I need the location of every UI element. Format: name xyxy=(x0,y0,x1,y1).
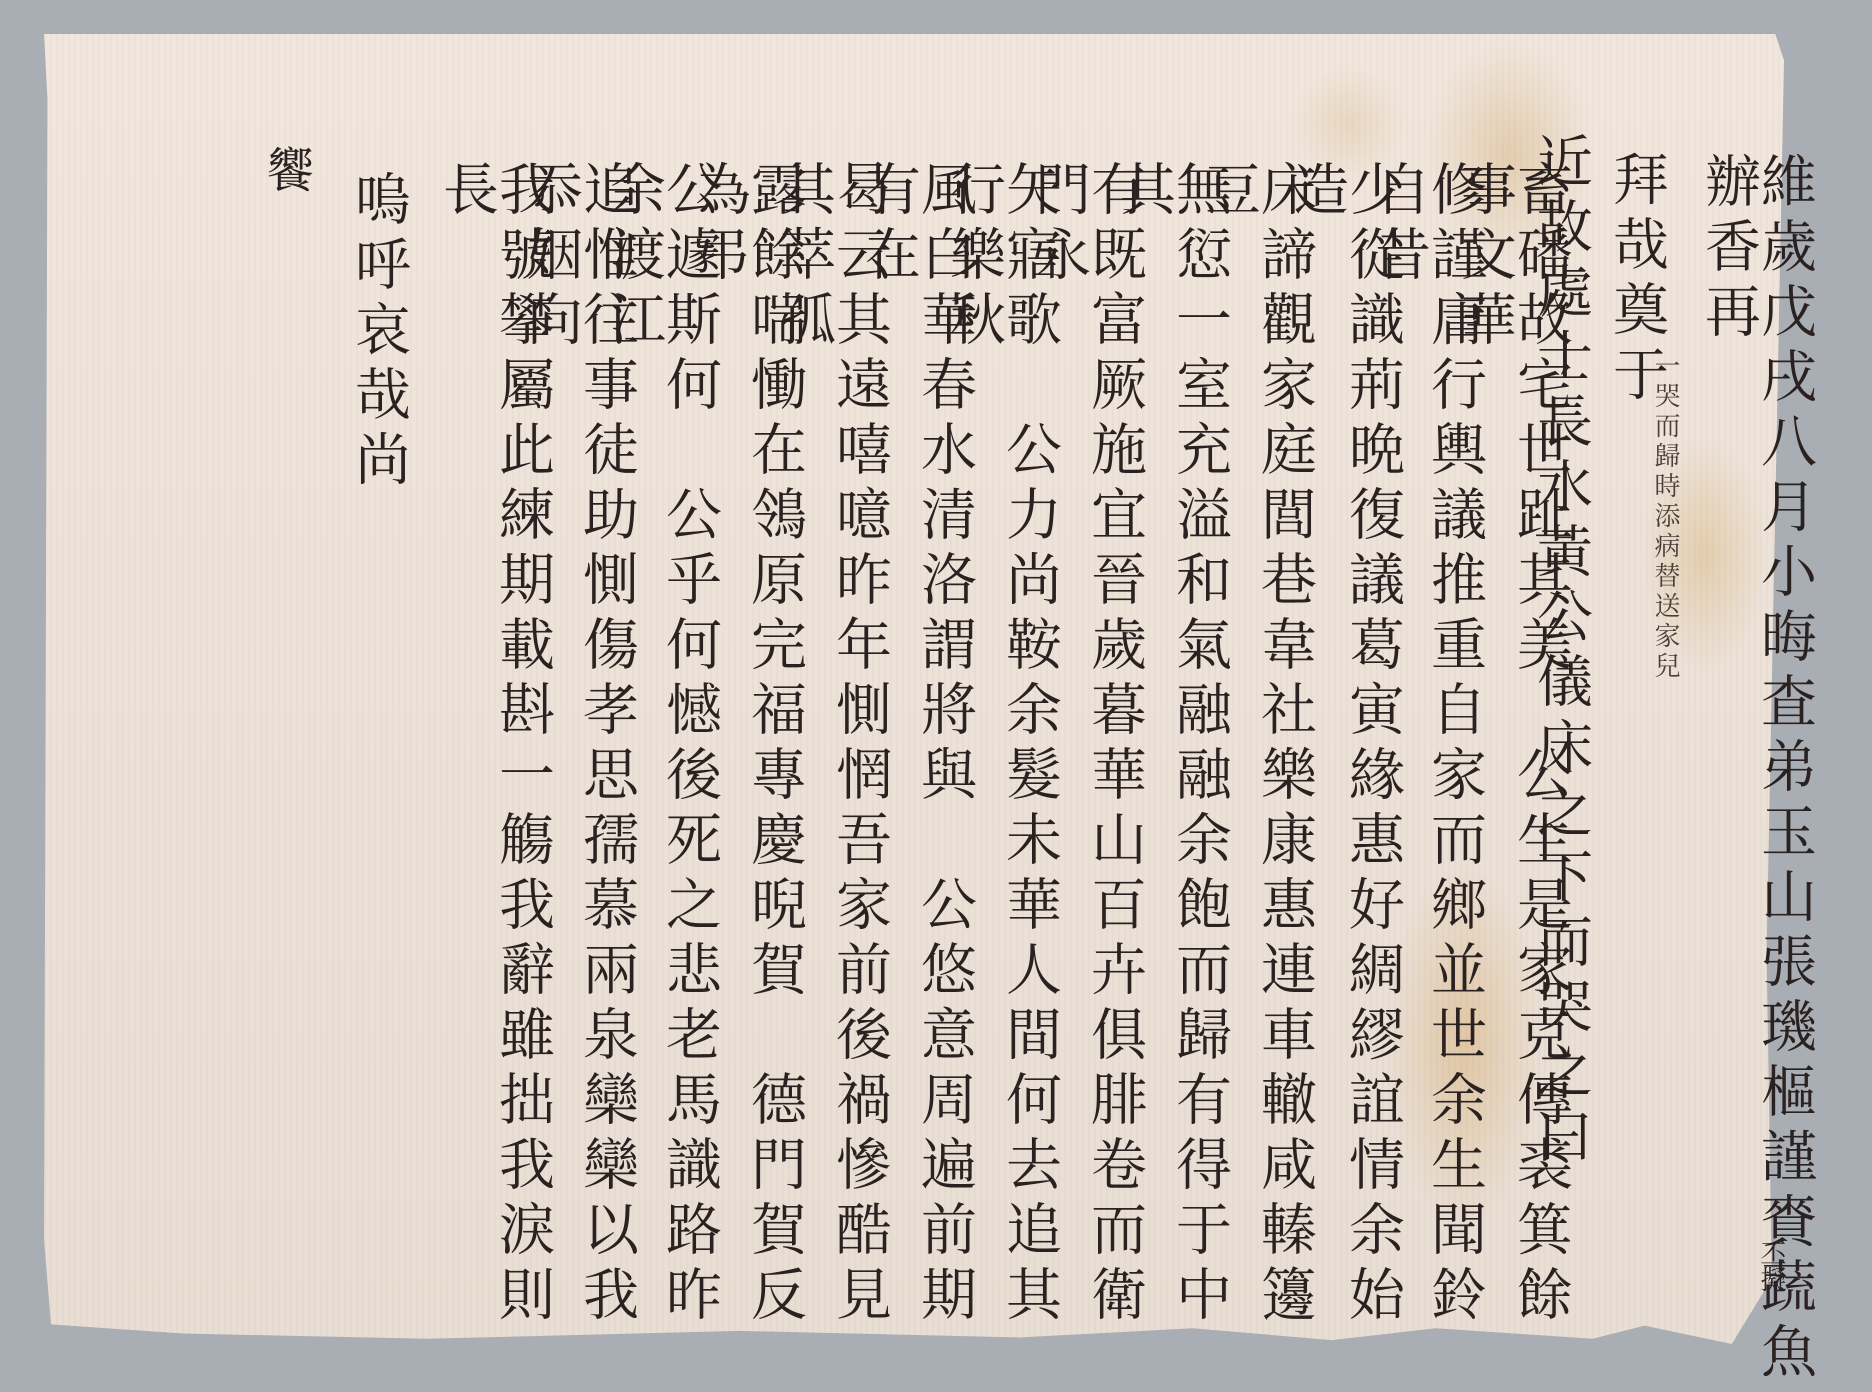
text-column-16: 我號攀屬此練期載斟一觴我辭雖拙我淚則長 xyxy=(438,160,550,1392)
text-column-17: 嗚呼哀哉尚 xyxy=(350,170,406,495)
side-note: 一哭而歸時添病替送家兒 xyxy=(1652,352,1678,682)
text-column-18: 饗 xyxy=(262,145,310,202)
corner-note: 丕擬 xyxy=(1758,1240,1784,1292)
text-column-1: 維歲戊戌八月小晦査弟玉山張璣樞謹賚蔬魚辦香再 xyxy=(1700,152,1812,1392)
